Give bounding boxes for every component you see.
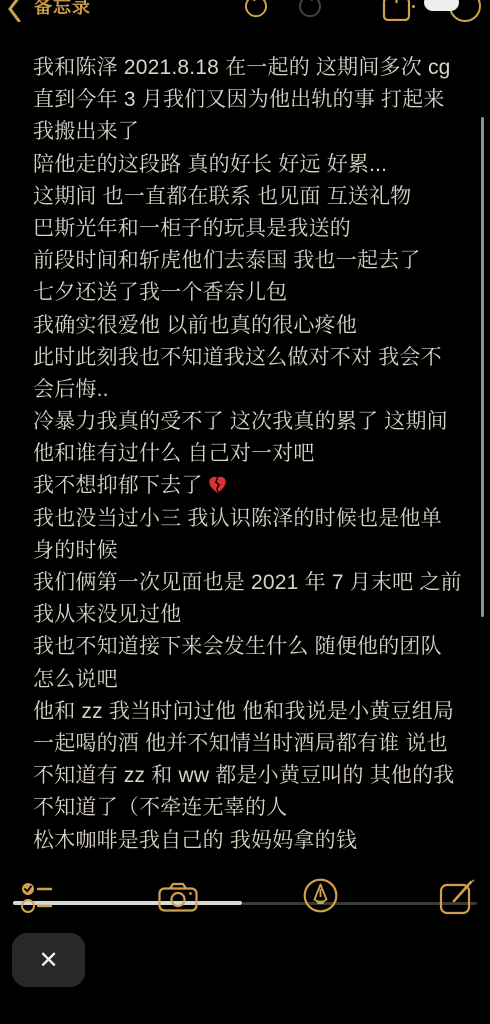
- scrollbar[interactable]: [481, 117, 484, 617]
- note-line: 这期间 也一直都在联系 也见面 互送礼物: [33, 181, 473, 213]
- note-line: 我搬出来了: [33, 116, 473, 148]
- note-line: 会后悔..: [33, 374, 473, 406]
- note-line: 我确实很爱他 以前也真的很心疼他: [33, 310, 473, 342]
- broken-heart-icon: [207, 475, 228, 495]
- note-line: 前段时间和斩虎他们去泰国 我也一起去了: [33, 245, 473, 277]
- close-button[interactable]: ✕: [12, 933, 85, 987]
- note-line: 我不想抑郁下去了: [33, 470, 473, 502]
- compose-icon[interactable]: [439, 878, 476, 915]
- note-line: 我们俩第一次见面也是 2021 年 7 月末吧 之前: [33, 567, 473, 599]
- video-progress-bar[interactable]: [13, 901, 477, 905]
- note-text-area[interactable]: 我和陈泽 2021.8.18 在一起的 这期间多次 cg直到今年 3 月我们又因…: [33, 52, 473, 857]
- back-button-label[interactable]: 备忘录: [34, 0, 91, 19]
- checklist-icon[interactable]: [19, 880, 55, 916]
- back-chevron-icon[interactable]: [6, 0, 22, 22]
- note-line: 我也不知道接下来会发生什么 随便他的团队: [33, 631, 473, 663]
- note-line: 直到今年 3 月我们又因为他出轨的事 打起来: [33, 84, 473, 116]
- redo-icon[interactable]: [297, 0, 322, 18]
- note-line: 他和谁有过什么 自己对一对吧: [33, 438, 473, 470]
- header-dot: [412, 5, 415, 8]
- notes-app-screen: 备忘录 我和陈泽 2021.8.18 在一起的 这期间多次 cg直到今年 3 月…: [0, 0, 490, 1024]
- overlay-pill: [424, 0, 459, 11]
- header-bar: 备忘录: [0, 0, 490, 26]
- note-line: 怎么说吧: [33, 664, 473, 696]
- share-icon[interactable]: [381, 0, 412, 21]
- note-line: 一起喝的酒 他并不知情当时酒局都有谁 说也: [33, 728, 473, 760]
- note-line: 冷暴力我真的受不了 这次我真的累了 这期间: [33, 406, 473, 438]
- note-line: 陪他走的这段路 真的好长 好远 好累...: [33, 149, 473, 181]
- markup-pen-icon[interactable]: [303, 878, 338, 913]
- note-line: 我和陈泽 2021.8.18 在一起的 这期间多次 cg: [33, 52, 473, 84]
- note-line: 身的时候: [33, 535, 473, 567]
- note-line: 他和 zz 我当时问过他 他和我说是小黄豆组局: [33, 696, 473, 728]
- note-line: 我也没当过小三 我认识陈泽的时候也是他单: [33, 503, 473, 535]
- camera-icon[interactable]: [158, 882, 198, 912]
- note-line: 不知道了（不牵连无辜的人: [33, 792, 473, 824]
- note-line: 此时此刻我也不知道我这么做对不对 我会不: [33, 342, 473, 374]
- note-line: 松木咖啡是我自己的 我妈妈拿的钱: [33, 825, 473, 857]
- note-line: 巴斯光年和一柜子的玩具是我送的: [33, 213, 473, 245]
- undo-icon[interactable]: [244, 0, 269, 18]
- note-line: 我从来没见过他: [33, 599, 473, 631]
- note-line: 七夕还送了我一个香奈儿包: [33, 277, 473, 309]
- note-line: 不知道有 zz 和 ww 都是小黄豆叫的 其他的我: [33, 760, 473, 792]
